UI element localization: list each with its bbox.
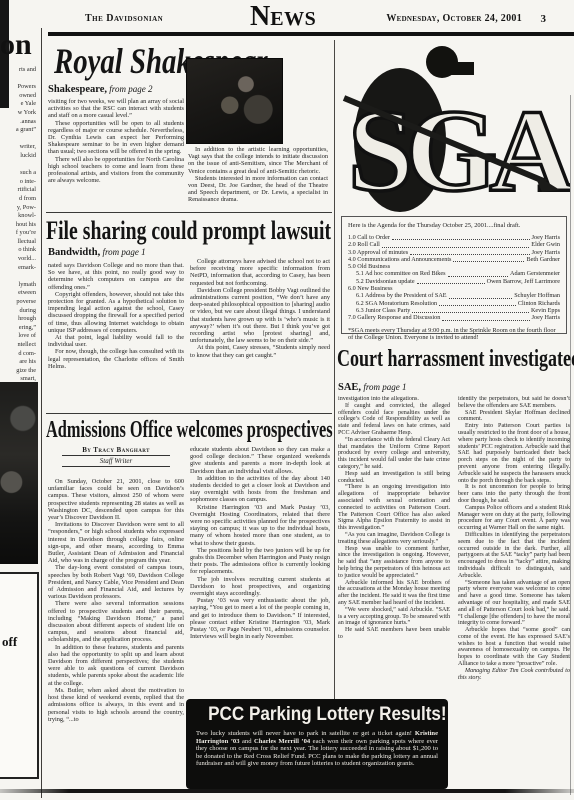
court-jump-page: from page 1 (361, 382, 406, 392)
filesharing-column-1: nated says Davidson College and no more … (48, 262, 184, 410)
leader-dots (410, 254, 529, 255)
paragraph: Davidson College president Bobby Vagt ou… (190, 287, 330, 345)
shakespeare-column-2: In addition to the artistic learning opp… (188, 146, 328, 210)
paragraph: Pustay ’03 was very enthusiastic about t… (190, 597, 330, 640)
agenda-row: 6.0 New Business (348, 285, 560, 292)
section-rest: EWS (270, 8, 316, 30)
paragraph: “We were shocked,” said Arbuckle. “SAE i… (338, 607, 450, 627)
leader-dots (382, 247, 529, 248)
issue-date: Wednesday, October 24, 2001 (386, 13, 522, 24)
admissions-headline: Admissions Office welcomes prospectives (46, 417, 333, 444)
paragraph: visiting for two weeks, we will plan an … (48, 98, 184, 120)
paragraph: Students interested in more information … (188, 175, 328, 204)
paragraph: Kristine Harrington ’03 and Mark Pustay … (190, 504, 330, 547)
left-edge-text-fragments: rts and Powers owned e Yale w York .anna… (0, 66, 36, 393)
agenda-footnote: *SGA meets every Thursday at 9:00 p.m. i… (348, 327, 560, 342)
leader-dots (448, 276, 508, 277)
section-initial: N (250, 1, 270, 32)
shakespeare-subhead: Shakespeare, from page 2 (48, 84, 152, 95)
agenda-person: Clinton Richards (518, 300, 560, 307)
paragraph: These opportunities will be open to all … (48, 120, 184, 156)
agenda-item: 1.0 Call to Order (348, 234, 390, 241)
agenda-person: Adam Gerstenmeier (510, 270, 560, 277)
agenda-intro: Here is the Agenda for the Thursday Octo… (348, 222, 560, 229)
paragraph: On Sunday, October 21, 2001, close to 60… (48, 478, 184, 521)
paragraph: It is not uncommon for people to bring b… (458, 484, 570, 504)
paragraph: nated says Davidson College and no more … (48, 262, 184, 291)
byline-author: By Tracy Banghart (62, 446, 170, 454)
paragraph: Copyright offenders, however, should not… (48, 291, 184, 334)
admissions-column-1: On Sunday, October 21, 2001, close to 60… (48, 478, 184, 764)
agenda-person: Beth Gardner (526, 256, 560, 263)
agenda-item: 2.0 Roll Call (348, 241, 380, 248)
agenda-row: 5.1 Ad hoc committee on Red BikesAdam Ge… (348, 270, 560, 277)
paragraph: investigation into the allegations. (338, 396, 450, 403)
left-edge-ad-box: off (0, 572, 39, 779)
pcc-winner-2: Charles Merrill ’04 (254, 738, 310, 745)
agenda-item: 5.2 Davidsonian update (356, 278, 415, 285)
paragraph: Entry into Patterson Court parties is us… (458, 423, 570, 484)
left-edge-ad-fragment: off (2, 634, 17, 650)
paragraph: In addition to these features, students … (48, 644, 184, 687)
leader-dots (392, 239, 530, 240)
paragraph: identify the perpetrators, but said he d… (458, 396, 570, 410)
court-subhead: SAE, from page 1 (338, 382, 406, 393)
byline-rule (62, 455, 170, 456)
section-title: NEWS (250, 1, 316, 33)
section-rule (46, 413, 332, 414)
paragraph: College attorneys have advised the schoo… (190, 258, 330, 287)
paragraph: Difficulties in identifying the perpetra… (458, 532, 570, 580)
paragraph: If caught and convicted, the alleged off… (338, 403, 450, 437)
paragraph: Hesp was unable to comment further, sinc… (338, 546, 450, 580)
paragraph: “As you can imagine, Davidson College is… (338, 532, 450, 546)
agenda-person: Schuyler Hoffman (514, 292, 560, 299)
masthead: The Davidsonian (85, 13, 163, 24)
byline-rule (62, 466, 170, 467)
page-right-edge-line (570, 95, 571, 795)
paragraph: “Someone has taken advantage of an open … (458, 580, 570, 628)
sga-logo-letters: SGA (348, 85, 570, 214)
paragraph: At that point, legal liability would fal… (48, 334, 184, 348)
byline-role: Staff Writer (62, 457, 170, 465)
column-divider (334, 40, 335, 772)
leader-dots (442, 320, 529, 321)
admissions-column-2: educate students about Davidson so they … (190, 446, 330, 694)
agenda-person: Joey Harris (532, 234, 560, 241)
court-column-1: investigation into the allegations. If c… (338, 396, 450, 692)
agenda-row: 6.2 SGA Moratorium ResolutionClinton Ric… (348, 300, 560, 307)
agenda-person: Joey Harris (532, 249, 560, 256)
shakespeare-photo (186, 58, 283, 144)
leader-dots (449, 298, 513, 299)
paragraph: SAE President Skylar Hoffman declined co… (458, 410, 570, 424)
paragraph: educate students about Davidson so they … (190, 446, 330, 475)
agenda-item: 6.3 Junior Class Party (356, 307, 410, 314)
shakespeare-jump-page: from page 2 (107, 84, 152, 94)
left-edge-headline-fragment: on (0, 28, 32, 62)
agenda-row: 1.0 Call to OrderJoey Harris (348, 234, 560, 241)
paragraph: Arbuckle hopes that “some good” can come… (458, 627, 570, 668)
agenda-person: Joey Harris (532, 314, 560, 321)
filesharing-column-2: College attorneys have advised the schoo… (190, 258, 330, 410)
paragraph: Ms. Butler, when asked about the motivat… (48, 687, 184, 723)
agenda-person: Elder Gwin (531, 241, 560, 248)
filesharing-subhead: Bandwidth, from page 1 (48, 247, 146, 258)
sga-agenda-box: Here is the Agenda for the Thursday Octo… (341, 216, 567, 334)
filesharing-jump-label: Bandwidth, (48, 247, 100, 258)
paragraph: The positions held by the two juniors wi… (190, 547, 330, 576)
agenda-item: 6.2 SGA Moratorium Resolution (356, 300, 437, 307)
court-jump-label: SAE, (338, 382, 361, 393)
agenda-item: 6.0 New Business (348, 285, 393, 292)
agenda-row: 6.1 Address by the President of SAESchuy… (348, 292, 560, 299)
paragraph: The job involves recruiting current stud… (190, 576, 330, 598)
pcc-body-mid: and (240, 738, 254, 745)
paragraph: For now, though, the college has consult… (48, 348, 184, 370)
court-column-2: identify the perpetrators, but said he d… (458, 396, 570, 768)
agenda-row: 5.2 Davidsonian updateOwen Barrow, Jeff … (348, 278, 560, 285)
paragraph: The day-long event consisted of campus t… (48, 564, 184, 600)
agenda-item: 6.1 Address by the President of SAE (356, 292, 447, 299)
section-rule (46, 212, 332, 213)
paragraph: Invitations to Discover Davidson were se… (48, 521, 184, 564)
leader-dots (412, 312, 529, 313)
agenda-item: 7.0 Gallery Response and Discussion (348, 314, 440, 321)
filesharing-headline: File sharing could prompt lawsuit (46, 216, 331, 246)
paragraph: In addition to the activities of the day… (190, 475, 330, 504)
leader-dots (439, 305, 516, 306)
newspaper-page: on rts and Powers owned e Yale w York .a… (0, 0, 574, 800)
paragraph: Arbuckle informed his SAE brothers of th… (338, 580, 450, 607)
paragraph: He said SAE members have been unable to (338, 627, 450, 641)
paragraph: “There is an ongoing investigation into … (338, 484, 450, 532)
admissions-byline-block: By Tracy Banghart Staff Writer (62, 446, 170, 468)
agenda-item: 5.0 Old Business (348, 263, 390, 270)
filesharing-jump-page: from page 1 (100, 247, 145, 257)
pcc-lottery-body: Two lucky students will never have to pa… (196, 730, 438, 768)
shakespeare-jump-label: Shakespeare, (48, 84, 107, 95)
agenda-row: 5.0 Old Business (348, 263, 560, 270)
contributor-note: Managing Editor Tim Cook contributed to … (458, 668, 570, 682)
agenda-item: 4.0 Communications and Announcements (348, 256, 451, 263)
agenda-row: 4.0 Communications and AnnouncementsBeth… (348, 256, 560, 263)
sga-graphic: SGA (338, 40, 570, 214)
agenda-item: 3.0 Approval of minutes (348, 249, 408, 256)
sga-camera-shape (450, 62, 474, 75)
paragraph: There were also several information sess… (48, 600, 184, 643)
pcc-lottery-box: PCC Parking Lottery Results! Two lucky s… (186, 699, 448, 789)
page-fold-line (41, 28, 42, 798)
page-number: 3 (541, 13, 547, 25)
agenda-person: Owen Barrow, Jeff Larrimore (487, 278, 560, 285)
page-bottom-edge (0, 789, 574, 793)
court-headline: Court harrassment investigated (337, 346, 574, 373)
agenda-item: 5.1 Ad hoc committee on Red Bikes (356, 270, 446, 277)
agenda-row: 3.0 Approval of minutesJoey Harris (348, 249, 560, 256)
agenda-row: 7.0 Gallery Response and DiscussionJoey … (348, 314, 560, 321)
agenda-row: 6.3 Junior Class PartyKevin Epps (348, 307, 560, 314)
leader-dots (453, 261, 524, 262)
pcc-lottery-title: PCC Parking Lottery Results! (208, 704, 426, 726)
agenda-row: 2.0 Roll CallElder Gwin (348, 241, 560, 248)
paragraph: “In accordance with the federal Cleary A… (338, 437, 450, 471)
agenda-person: Kevin Epps (531, 307, 560, 314)
header-rule (48, 32, 574, 36)
left-edge-photo-sliver (0, 382, 38, 564)
paragraph: Campus Police officers and a student Ris… (458, 505, 570, 532)
pcc-body-intro: Two lucky students will never have to pa… (196, 730, 415, 737)
paragraph: At this point, Casey stresses, “Students… (190, 344, 330, 358)
paragraph: There will also be opportunities for Nor… (48, 156, 184, 185)
paragraph: Hesp said an investigation is still bein… (338, 471, 450, 485)
paragraph: In addition to the artistic learning opp… (188, 146, 328, 175)
leader-dots (417, 283, 485, 284)
shakespeare-column-1: visiting for two weeks, we will plan an … (48, 98, 184, 212)
